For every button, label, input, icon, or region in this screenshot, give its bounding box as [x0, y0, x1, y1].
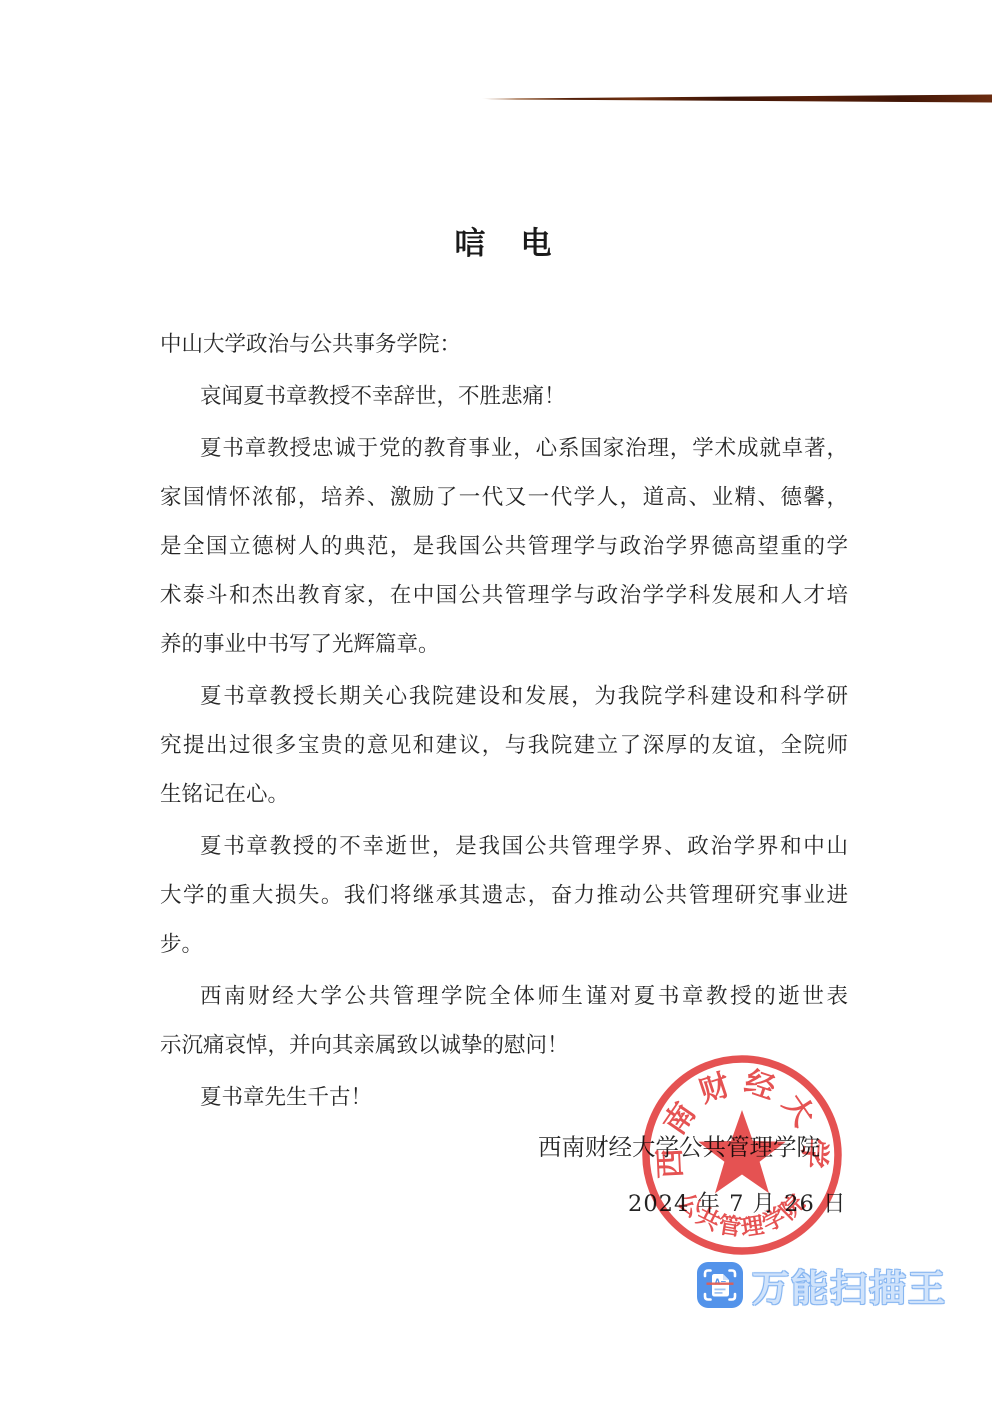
scanner-app-watermark: A= 万能扫描王 [697, 1258, 947, 1312]
scanner-app-label: 万能扫描王 [752, 1258, 947, 1312]
letter-line: 哀闻夏书章教授不幸辞世，不胜悲痛！ [160, 372, 848, 421]
letter-line: 养的事业中书写了光辉篇章。 [160, 620, 848, 669]
letter-line: 夏书章教授忠诚于党的教育事业，心系国家治理，学术成就卓著， [160, 424, 848, 473]
letter-line: 步。 [160, 920, 848, 969]
letter-line: 中山大学政治与公共事务学院： [160, 320, 848, 369]
letter-line: 夏书章教授的不幸逝世，是我国公共管理学界、政治学界和中山 [160, 822, 848, 871]
letter-body: 中山大学政治与公共事务学院：哀闻夏书章教授不幸辞世，不胜悲痛！夏书章教授忠诚于党… [160, 320, 848, 1122]
letter-title: 唁 电 [160, 218, 848, 263]
scanned-letter-page: 唁 电 中山大学政治与公共事务学院：哀闻夏书章教授不幸辞世，不胜悲痛！夏书章教授… [0, 0, 992, 1403]
scanner-app-icon: A= [697, 1262, 743, 1308]
svg-text:A=: A= [715, 1278, 727, 1287]
letter-line: 夏书章教授长期关心我院建设和发展，为我院学科建设和科学研 [160, 672, 848, 721]
letter-line: 生铭记在心。 [160, 770, 848, 819]
letter-line: 大学的重大损失。我们将继承其遗志，奋力推动公共管理研究事业进 [160, 871, 848, 920]
letter-line: 术泰斗和杰出教育家，在中国公共管理学与政治学学科发展和人才培 [160, 571, 848, 620]
seal-star-icon [698, 1110, 785, 1193]
letter-line: 家国情怀浓郁，培养、激励了一代又一代学人，道高、业精、德馨， [160, 473, 848, 522]
letter-line: 西南财经大学公共管理学院全体师生谨对夏书章教授的逝世表 [160, 972, 848, 1021]
scan-artifact-streak [481, 94, 992, 103]
letter-line: 究提出过很多宝贵的意见和建议，与我院建立了深厚的友谊，全院师 [160, 721, 848, 770]
official-red-seal: 西南财经大学 公共管理学院 [636, 1050, 848, 1262]
letter-line: 是全国立德树人的典范，是我国公共管理学与政治学界德高望重的学 [160, 522, 848, 571]
